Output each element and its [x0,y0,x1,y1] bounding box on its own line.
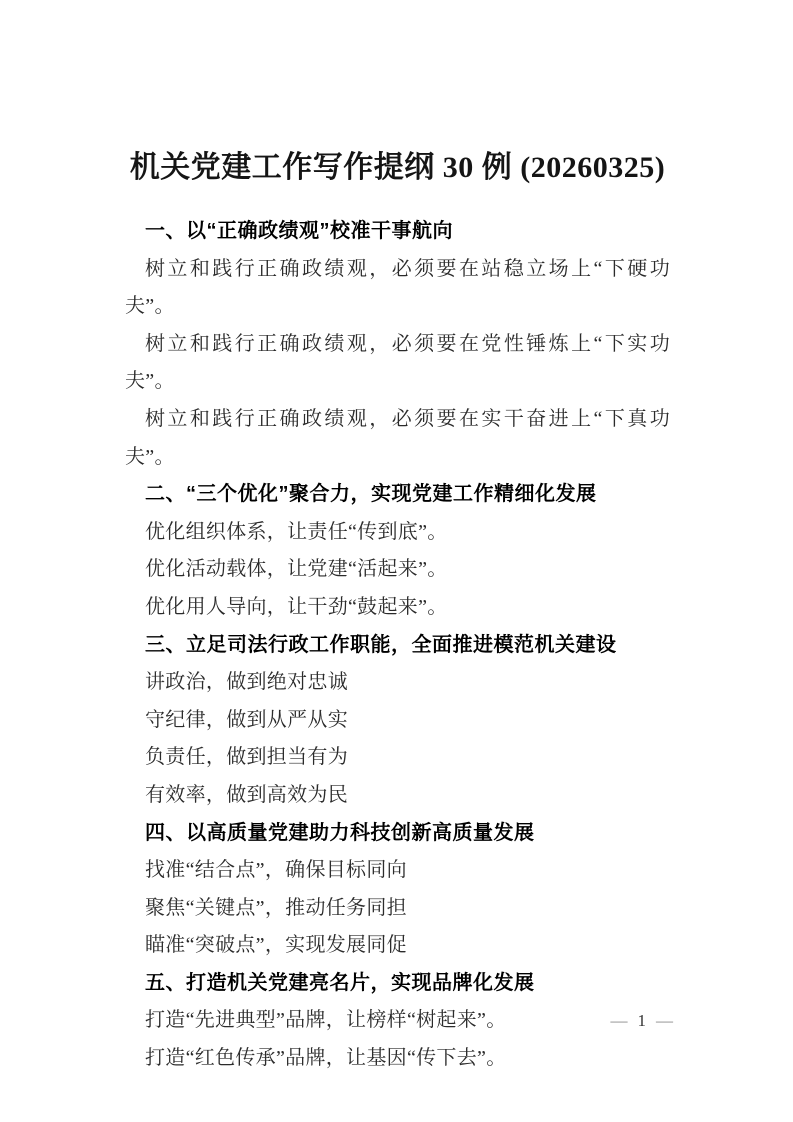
document-page: 机关党建工作写作提纲 30 例 (20260325) 一、以“正确政绩观”校准干… [0,0,793,1122]
section-4-item-1: 找准“结合点”，确保目标同向 [125,852,670,890]
section-3-heading: 三、立足司法行政工作职能，全面推进模范机关建设 [125,627,670,665]
section-5-item-2: 打造“红色传承”品牌，让基因“传下去”。 [125,1040,670,1078]
section-2-item-1: 优化组织体系，让责任“传到底”。 [125,514,670,552]
section-1-heading: 一、以“正确政绩观”校准干事航向 [125,213,670,251]
section-4-heading: 四、以高质量党建助力科技创新高质量发展 [125,815,670,853]
document-title: 机关党建工作写作提纲 30 例 (20260325) [125,146,670,190]
footer-dash-left: — [611,1011,628,1030]
section-5-item-1: 打造“先进典型”品牌，让榜样“树起来”。 [125,1002,670,1040]
footer-dash-right: — [656,1011,673,1030]
page-footer: —1— [611,1008,674,1034]
section-1-item-1: 树立和践行正确政绩观，必须要在站稳立场上“下硬功夫”。 [125,251,670,326]
section-3-item-1: 讲政治，做到绝对忠诚 [125,664,670,702]
document-body: 一、以“正确政绩观”校准干事航向 树立和践行正确政绩观，必须要在站稳立场上“下硬… [125,213,670,1078]
section-2-item-2: 优化活动载体，让党建“活起来”。 [125,551,670,589]
section-3-item-4: 有效率，做到高效为民 [125,777,670,815]
section-2-heading: 二、“三个优化”聚合力，实现党建工作精细化发展 [125,476,670,514]
section-1-item-3: 树立和践行正确政绩观，必须要在实干奋进上“下真功夫”。 [125,401,670,476]
section-2-item-3: 优化用人导向，让干劲“鼓起来”。 [125,589,670,627]
section-4-item-3: 瞄准“突破点”，实现发展同促 [125,927,670,965]
section-4-item-2: 聚焦“关键点”，推动任务同担 [125,890,670,928]
section-5-heading: 五、打造机关党建亮名片，实现品牌化发展 [125,965,670,1003]
page-number: 1 [638,1011,647,1030]
section-3-item-2: 守纪律，做到从严从实 [125,702,670,740]
section-1-item-2: 树立和践行正确政绩观，必须要在党性锤炼上“下实功夫”。 [125,326,670,401]
section-3-item-3: 负责任，做到担当有为 [125,739,670,777]
